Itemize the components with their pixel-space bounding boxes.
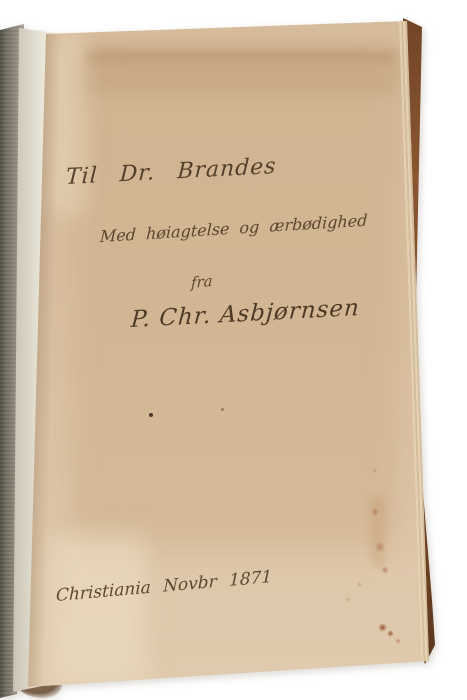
book-photo: Til Dr. Brandes Med høiagtelse og ærbødi…	[0, 0, 467, 700]
foxing-spot	[346, 597, 351, 602]
ink-dot-faint	[221, 408, 224, 411]
inscription-dedication-line: Med høiagtelse og ærbødighed	[100, 211, 368, 246]
inscription-recipient-line: Til Dr. Brandes	[65, 154, 277, 190]
book-page: Til Dr. Brandes Med høiagtelse og ærbødi…	[0, 0, 467, 700]
foxing-spot	[372, 468, 377, 473]
foxing-spot	[371, 508, 379, 516]
foxing-smudge	[371, 495, 385, 567]
foxing-spot	[375, 541, 385, 553]
tanning-stain-top-band	[80, 46, 400, 94]
ink-dot	[149, 413, 153, 417]
inscription-place-date-line: Christiania Novbr 1871	[56, 567, 272, 606]
foxing-spot	[378, 623, 387, 632]
book: Til Dr. Brandes Med høiagtelse og ærbødi…	[0, 0, 467, 700]
foxing-spot	[381, 566, 389, 574]
foxing-spot	[387, 630, 394, 637]
foxing-spot	[395, 638, 401, 644]
light-patch-bottom-left	[50, 535, 145, 685]
tanning-stain-top-edge	[85, 52, 395, 61]
inscription-signature: P. Chr. Asbjørnsen	[130, 295, 361, 333]
inscription-from-word: fra	[191, 272, 213, 292]
foxing-spot	[357, 582, 362, 587]
